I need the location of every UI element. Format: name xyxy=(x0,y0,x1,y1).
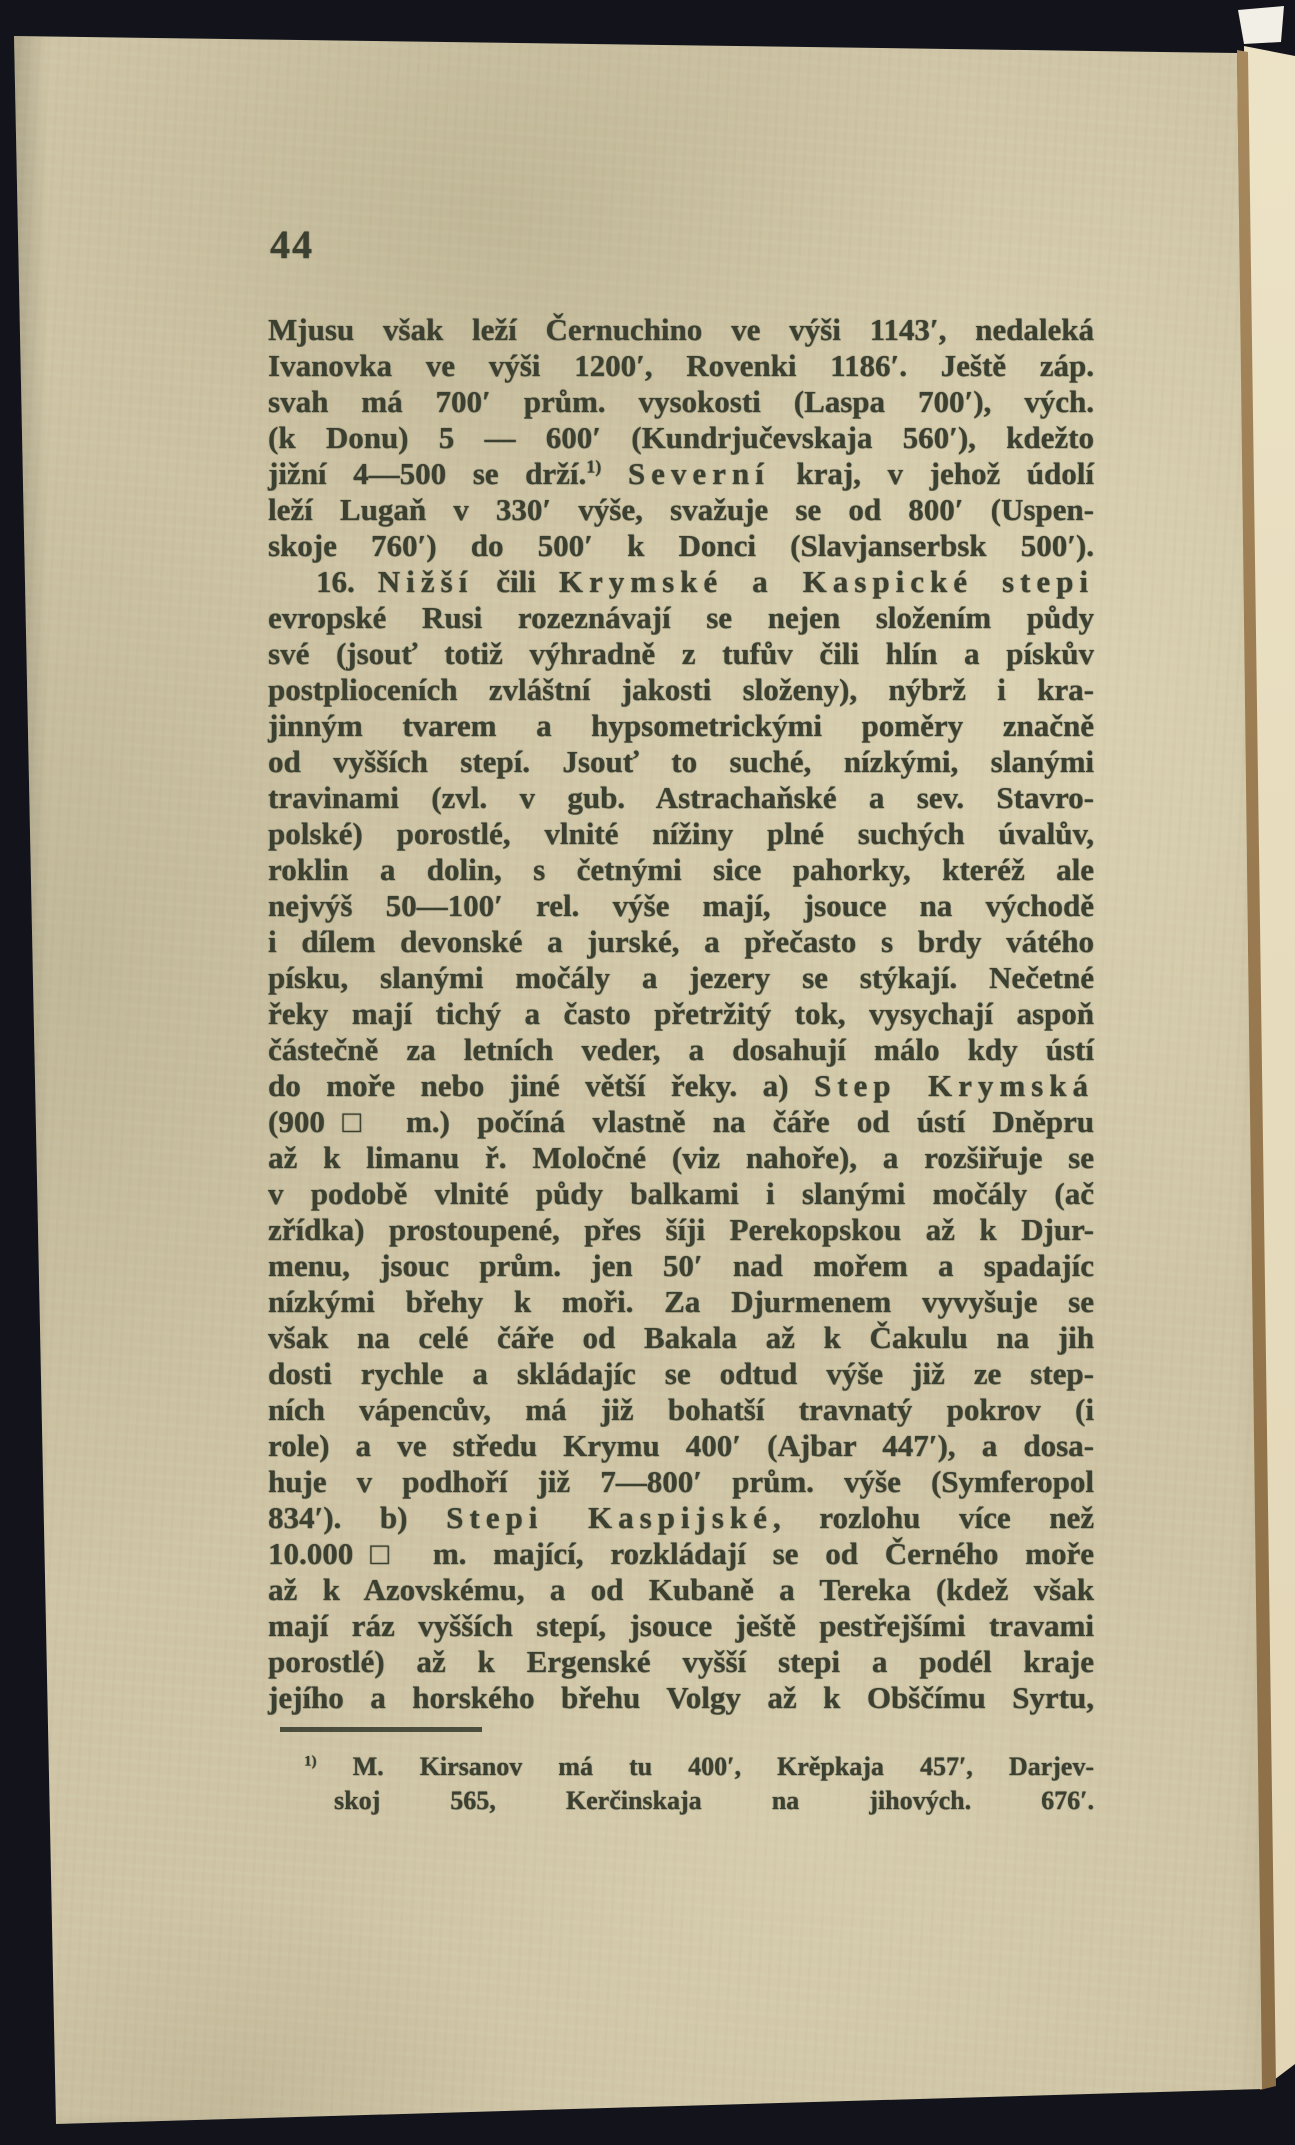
text-segment: od vyšších stepí. Jsouť to suché, nízkým… xyxy=(268,744,1094,779)
text-line: roklin a dolin, s četnými sice pahorky, … xyxy=(268,852,1094,888)
footnote-text: 1) M. Kirsanov má tu 400′, Krěpkaja 457′… xyxy=(268,1750,1094,1818)
emphasized-term: Severní xyxy=(628,456,770,491)
text-segment: řeky mají tichý a často přetržitý tok, v… xyxy=(268,996,1094,1031)
text-line: až k limanu ř. Moločné (viz nahoře), a r… xyxy=(268,1140,1094,1176)
text-segment: až k limanu ř. Moločné (viz nahoře), a r… xyxy=(268,1140,1094,1175)
text-line: jejího a horského břehu Volgy až k Obščí… xyxy=(268,1680,1094,1716)
text-line: 834′). b) Stepi Kaspijské, rozlohu více … xyxy=(268,1500,1094,1536)
footnote-marker: 1) xyxy=(586,457,601,477)
text-line: od vyšších stepí. Jsouť to suché, nízkým… xyxy=(268,744,1094,780)
text-segment: roklin a dolin, s četnými sice pahorky, … xyxy=(268,852,1094,887)
text-segment: v podobě vlnité půdy balkami i slanými m… xyxy=(268,1176,1094,1211)
text-segment: 10.000□ m. mající, rozkládají se od Čern… xyxy=(268,1536,1094,1571)
text-line: 10.000□ m. mající, rozkládají se od Čern… xyxy=(268,1536,1094,1572)
text-line: jinným tvarem a hypsometrickými poměry z… xyxy=(268,708,1094,744)
body-text: Mjusu však leží Černuchino ve výši 1143′… xyxy=(268,312,1094,1716)
emphasized-term: Stepi Kaspijské xyxy=(446,1500,773,1535)
page-number: 44 xyxy=(270,224,314,266)
text-line: až k Azovskému, a od Kubaně a Tereka (kd… xyxy=(268,1572,1094,1608)
text-segment: leží Lugaň v 330′ výše, svažuje se od 80… xyxy=(268,492,1094,527)
text-segment: dosti rychle a skládajíc se odtud výše j… xyxy=(268,1356,1094,1391)
text-segment: skoj 565, Kerčinskaja na jihových. 676′. xyxy=(334,1786,1094,1815)
text-segment: Mjusu však leží Černuchino ve výši 1143′… xyxy=(268,312,1094,347)
emphasized-term: Krymské a Kaspické stepi xyxy=(559,564,1094,599)
text-segment: , rozlohu více než xyxy=(773,1500,1094,1535)
text-segment: jinným tvarem a hypsometrickými poměry z… xyxy=(268,708,1094,743)
text-line: polské) porostlé, vlnité nížiny plné suc… xyxy=(268,816,1094,852)
text-line: huje v podhoří již 7—800′ prům. výše (Sy… xyxy=(268,1464,1094,1500)
text-line: dosti rychle a skládajíc se odtud výše j… xyxy=(268,1356,1094,1392)
text-line: menu, jsouc prům. jen 50′ nad mořem a sp… xyxy=(268,1248,1094,1284)
text-line: role) a ve středu Krymu 400′ (Ajbar 447′… xyxy=(268,1428,1094,1464)
text-segment: M. Kirsanov má tu 400′, Krěpkaja 457′, D… xyxy=(317,1752,1094,1781)
text-segment: čili xyxy=(473,564,559,599)
text-segment: jejího a horského břehu Volgy až k Obščí… xyxy=(268,1680,1094,1715)
text-segment: skoje 760′) do 500′ k Donci (Slavjanserb… xyxy=(268,528,1094,563)
text-segment: i dílem devonské a jurské, a přečasto s … xyxy=(268,924,1094,959)
scan-background: 44 Mjusu však leží Černuchino ve výši 11… xyxy=(0,0,1295,2145)
text-segment: Ivanovka ve výši 1200′, Rovenki 1186′. J… xyxy=(268,348,1094,383)
text-segment: zřídka) prostoupené, přes šíji Perekopsk… xyxy=(268,1212,1094,1247)
text-segment: nízkými břehy k moři. Za Djurmenem vyvyš… xyxy=(268,1284,1094,1319)
page-content: 44 Mjusu však leží Černuchino ve výši 11… xyxy=(268,0,1094,2145)
emphasized-term: Nižší xyxy=(378,564,473,599)
text-segment: jižní 4—500 se drží. xyxy=(268,456,586,491)
text-segment: až k Azovskému, a od Kubaně a Tereka (kd… xyxy=(268,1572,1094,1607)
text-segment: role) a ve středu Krymu 400′ (Ajbar 447′… xyxy=(268,1428,1094,1463)
text-line: svah má 700′ prům. vysokosti (Laspa 700′… xyxy=(268,384,1094,420)
text-line: skoj 565, Kerčinskaja na jihových. 676′. xyxy=(268,1784,1094,1818)
emphasized-term: Step Krymská xyxy=(814,1068,1094,1103)
text-segment: evropské Rusi rozeznávají se nejen slože… xyxy=(268,600,1094,635)
text-line: (900□ m.) počíná vlastně na čáře od ústí… xyxy=(268,1104,1094,1140)
text-segment: písku, slanými močály a jezery se stýkaj… xyxy=(268,960,1094,995)
text-line: leží Lugaň v 330′ výše, svažuje se od 80… xyxy=(268,492,1094,528)
text-segment: huje v podhoří již 7—800′ prům. výše (Sy… xyxy=(268,1464,1094,1499)
text-line: 1) M. Kirsanov má tu 400′, Krěpkaja 457′… xyxy=(268,1750,1094,1784)
text-segment: do moře nebo jiné větší řeky. a) xyxy=(268,1068,814,1103)
scanned-book-page: { "document": { "page_number": "44", "co… xyxy=(0,0,1295,2145)
text-line: 16. Nižší čili Krymské a Kaspické stepi xyxy=(268,564,1094,600)
text-segment: však na celé čáře od Bakala až k Čakulu … xyxy=(268,1320,1094,1355)
text-line: Mjusu však leží Černuchino ve výši 1143′… xyxy=(268,312,1094,348)
text-segment: nejvýš 50—100′ rel. výše mají, jsouce na… xyxy=(268,888,1094,923)
text-line: skoje 760′) do 500′ k Donci (Slavjanserb… xyxy=(268,528,1094,564)
text-segment: ních vápencův, má již bohatší travnatý p… xyxy=(268,1392,1094,1427)
text-segment: mají ráz vyšších stepí, jsouce ještě pes… xyxy=(268,1608,1094,1643)
text-line: však na celé čáře od Bakala až k Čakulu … xyxy=(268,1320,1094,1356)
text-segment: porostlé) až k Ergenské vyšší stepi a po… xyxy=(268,1644,1094,1679)
text-line: do moře nebo jiné větší řeky. a) Step Kr… xyxy=(268,1068,1094,1104)
text-line: zřídka) prostoupené, přes šíji Perekopsk… xyxy=(268,1212,1094,1248)
text-segment: 16. xyxy=(316,564,378,599)
text-line: částečně za letních veder, a dosahují má… xyxy=(268,1032,1094,1068)
text-line: písku, slanými močály a jezery se stýkaj… xyxy=(268,960,1094,996)
text-segment: (900□ m.) počíná vlastně na čáře od ústí… xyxy=(268,1104,1094,1139)
text-line: i dílem devonské a jurské, a přečasto s … xyxy=(268,924,1094,960)
text-line: své (jsouť totiž výhradně z tufův čili h… xyxy=(268,636,1094,672)
text-line: nízkými břehy k moři. Za Djurmenem vyvyš… xyxy=(268,1284,1094,1320)
footnote-divider-rule xyxy=(280,1727,482,1732)
text-line: Ivanovka ve výši 1200′, Rovenki 1186′. J… xyxy=(268,348,1094,384)
text-segment: menu, jsouc prům. jen 50′ nad mořem a sp… xyxy=(268,1248,1094,1283)
text-segment: 834′). b) xyxy=(268,1500,446,1535)
text-line: (k Donu) 5 — 600′ (Kundrjučevskaja 560′)… xyxy=(268,420,1094,456)
text-segment: postplioceních zvláštní jakosti složeny)… xyxy=(268,672,1094,707)
text-segment xyxy=(601,456,628,491)
footnote-marker: 1) xyxy=(304,1753,317,1769)
text-line: jižní 4—500 se drží.1) Severní kraj, v j… xyxy=(268,456,1094,492)
text-segment: travinami (zvl. v gub. Astrachaňské a se… xyxy=(268,780,1094,815)
text-segment: (k Donu) 5 — 600′ (Kundrjučevskaja 560′)… xyxy=(268,420,1094,455)
text-segment: polské) porostlé, vlnité nížiny plné suc… xyxy=(268,816,1094,851)
text-line: porostlé) až k Ergenské vyšší stepi a po… xyxy=(268,1644,1094,1680)
text-segment: částečně za letních veder, a dosahují má… xyxy=(268,1032,1094,1067)
text-line: v podobě vlnité půdy balkami i slanými m… xyxy=(268,1176,1094,1212)
text-line: evropské Rusi rozeznávají se nejen slože… xyxy=(268,600,1094,636)
text-line: mají ráz vyšších stepí, jsouce ještě pes… xyxy=(268,1608,1094,1644)
text-line: ních vápencův, má již bohatší travnatý p… xyxy=(268,1392,1094,1428)
text-line: postplioceních zvláštní jakosti složeny)… xyxy=(268,672,1094,708)
text-line: nejvýš 50—100′ rel. výše mají, jsouce na… xyxy=(268,888,1094,924)
text-line: travinami (zvl. v gub. Astrachaňské a se… xyxy=(268,780,1094,816)
text-segment: svah má 700′ prům. vysokosti (Laspa 700′… xyxy=(268,384,1094,419)
text-segment: své (jsouť totiž výhradně z tufův čili h… xyxy=(268,636,1094,671)
text-segment: kraj, v jehož údolí xyxy=(770,456,1094,491)
text-line: řeky mají tichý a často přetržitý tok, v… xyxy=(268,996,1094,1032)
